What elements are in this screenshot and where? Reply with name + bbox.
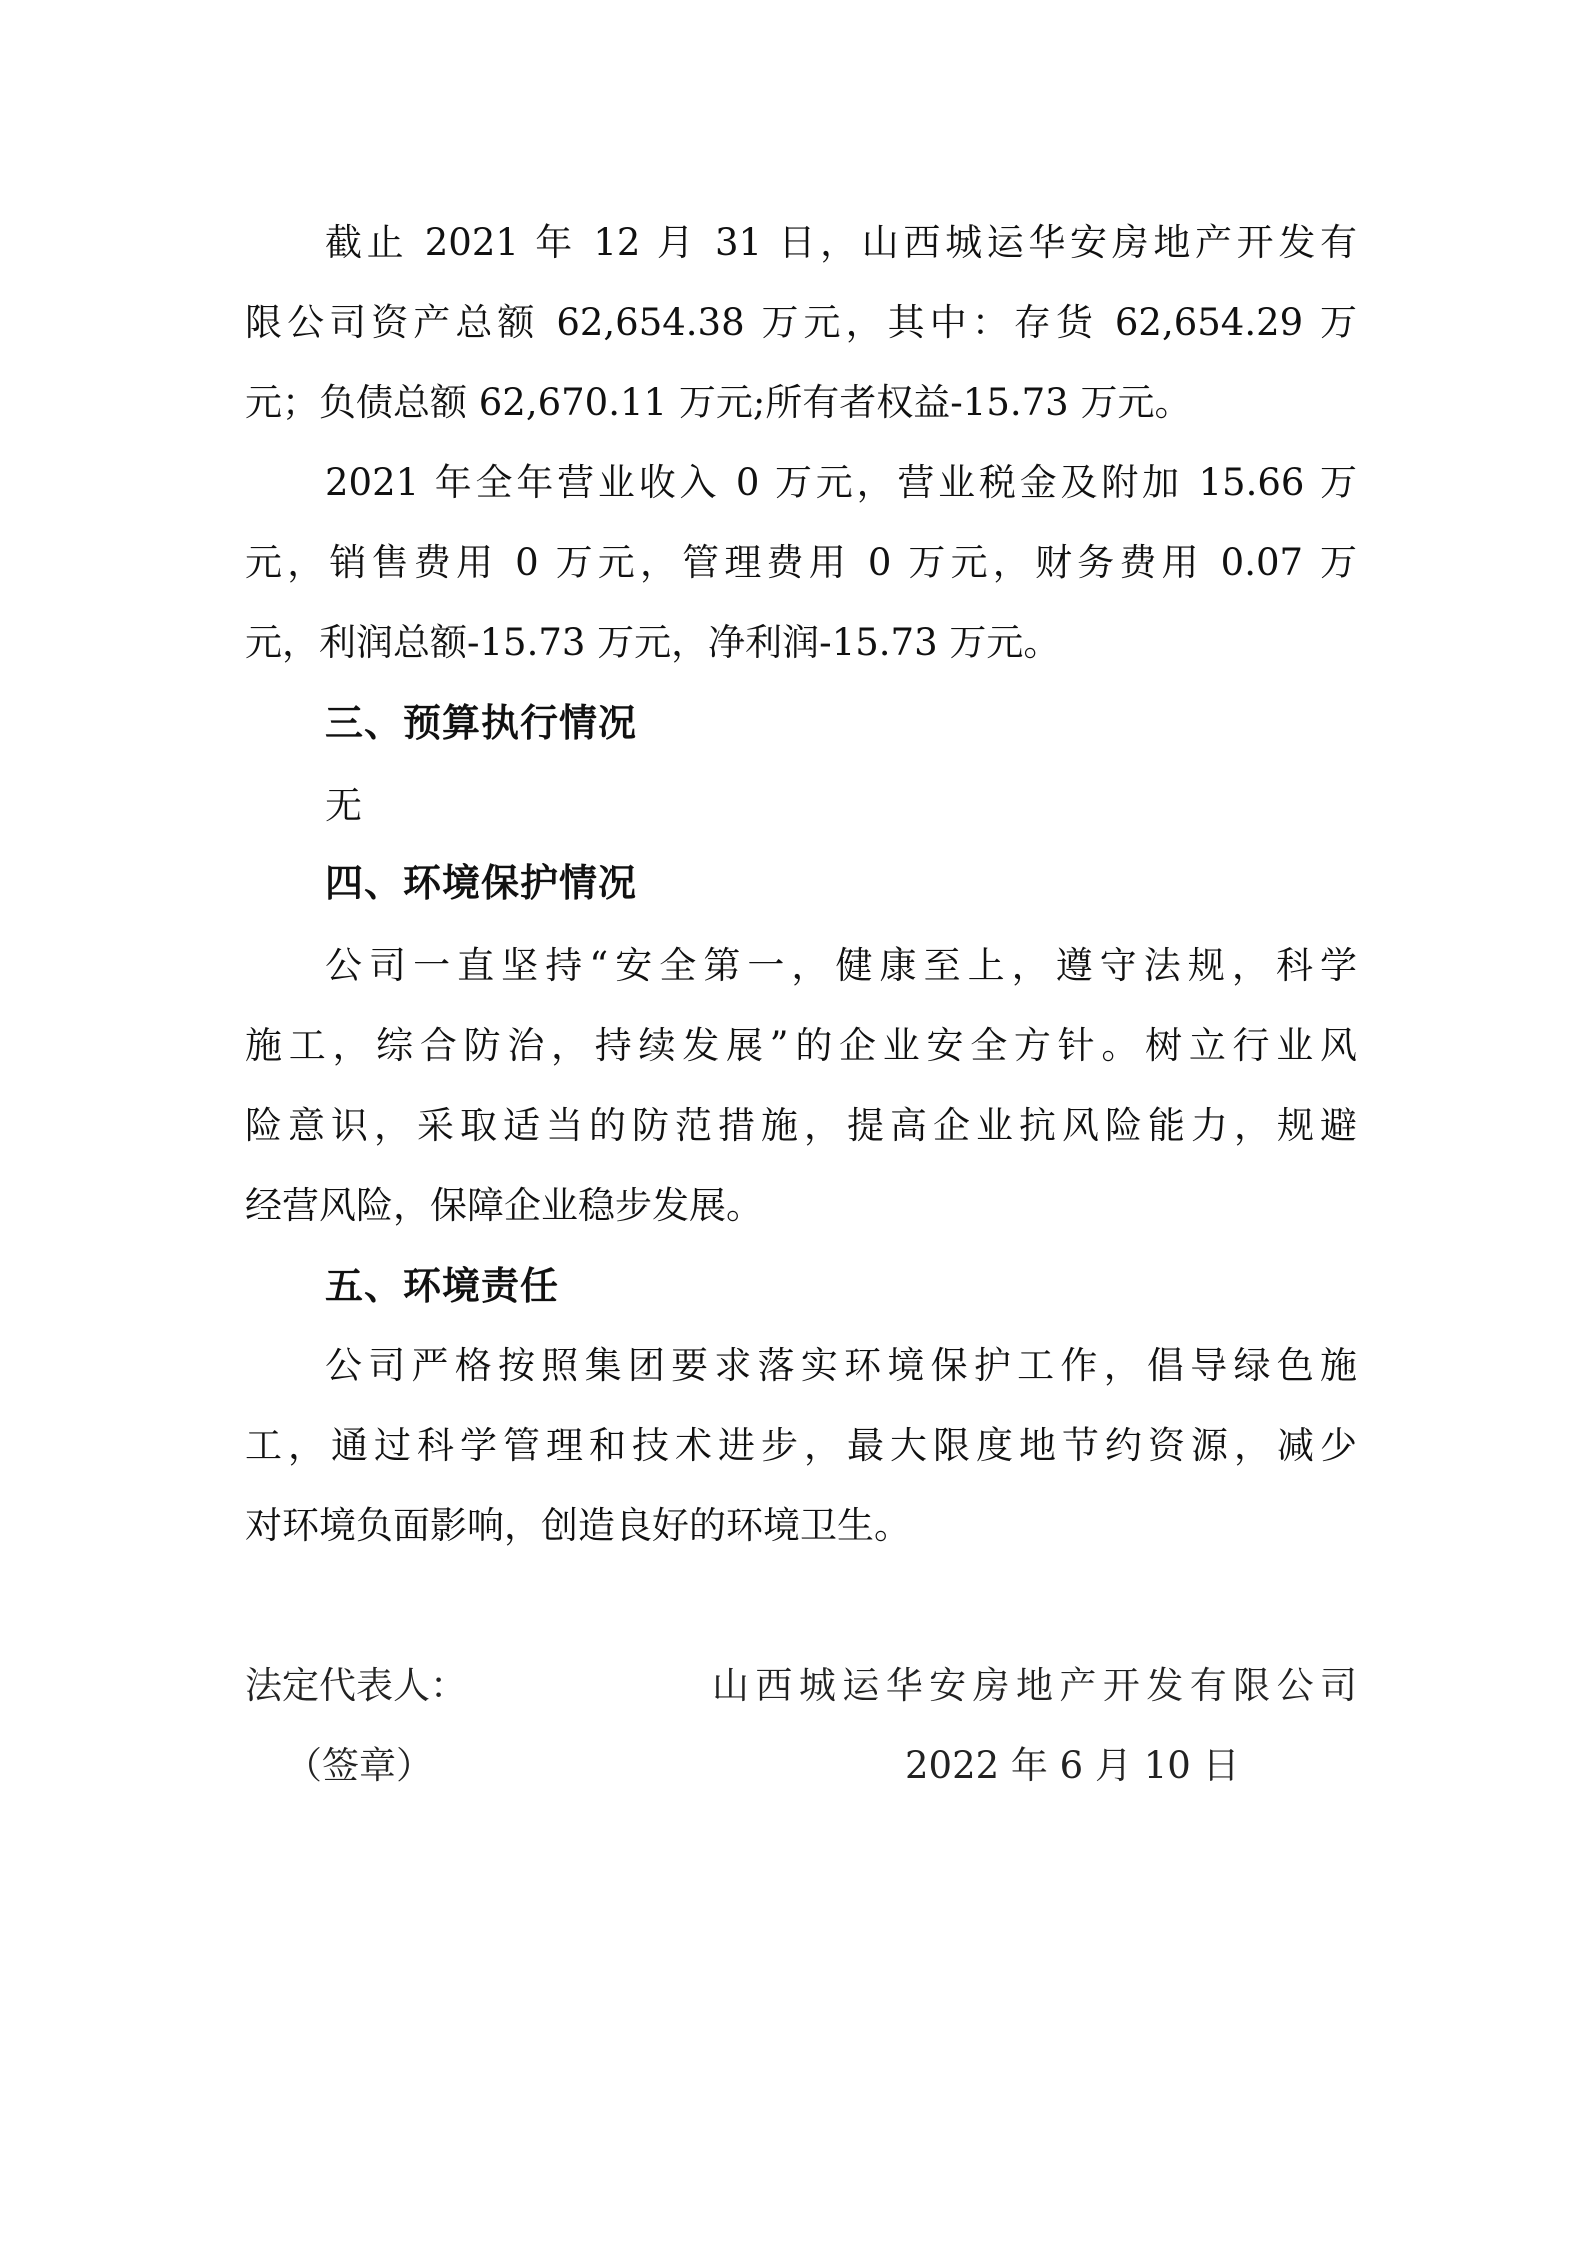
section-heading-environmental-protection: 四、环境保护情况: [325, 855, 637, 911]
paragraph-safety-line-1: 公司一直坚持“安全第一，健康至上，遵守法规，科学: [325, 938, 1357, 994]
paragraph-safety-line-3: 险意识，采取适当的防范措施，提高企业抗风险能力，规避: [245, 1098, 1357, 1154]
paragraph-balance-line-3: 元；负债总额 62,670.11 万元;所有者权益-15.73 万元。: [245, 375, 1357, 431]
paragraph-environment-line-1: 公司严格按照集团要求落实环境保护工作，倡导绿色施: [325, 1338, 1357, 1394]
seal-label: （签章）: [285, 1738, 433, 1794]
paragraph-income-line-1: 2021 年全年营业收入 0 万元，营业税金及附加 15.66 万: [325, 455, 1357, 511]
paragraph-income-line-3: 元，利润总额-15.73 万元，净利润-15.73 万元。: [245, 615, 1357, 671]
paragraph-environment-line-3: 对环境负面影响，创造良好的环境卫生。: [245, 1498, 1357, 1554]
company-name-signature: 山西城运华安房地产开发有限公司: [712, 1658, 1357, 1714]
signature-date: 2022 年 6 月 10 日: [905, 1738, 1240, 1794]
paragraph-balance-line-2: 限公司资产总额 62,654.38 万元，其中：存货 62,654.29 万: [245, 295, 1357, 351]
paragraph-income-line-2: 元，销售费用 0 万元，管理费用 0 万元，财务费用 0.07 万: [245, 535, 1357, 591]
section-heading-budget-execution: 三、预算执行情况: [325, 695, 637, 751]
section-heading-environmental-responsibility: 五、环境责任: [325, 1258, 559, 1314]
paragraph-environment-line-2: 工，通过科学管理和技术进步，最大限度地节约资源，减少: [245, 1418, 1357, 1474]
document-page: 截止 2021 年 12 月 31 日，山西城运华安房地产开发有 限公司资产总额…: [0, 0, 1587, 2245]
paragraph-balance-line-1: 截止 2021 年 12 月 31 日，山西城运华安房地产开发有: [325, 215, 1357, 271]
paragraph-budget-none: 无: [325, 778, 362, 834]
paragraph-safety-line-4: 经营风险，保障企业稳步发展。: [245, 1178, 1357, 1234]
paragraph-safety-line-2: 施工，综合防治，持续发展”的企业安全方针。树立行业风: [245, 1018, 1357, 1074]
legal-representative-label: 法定代表人：: [245, 1658, 467, 1714]
